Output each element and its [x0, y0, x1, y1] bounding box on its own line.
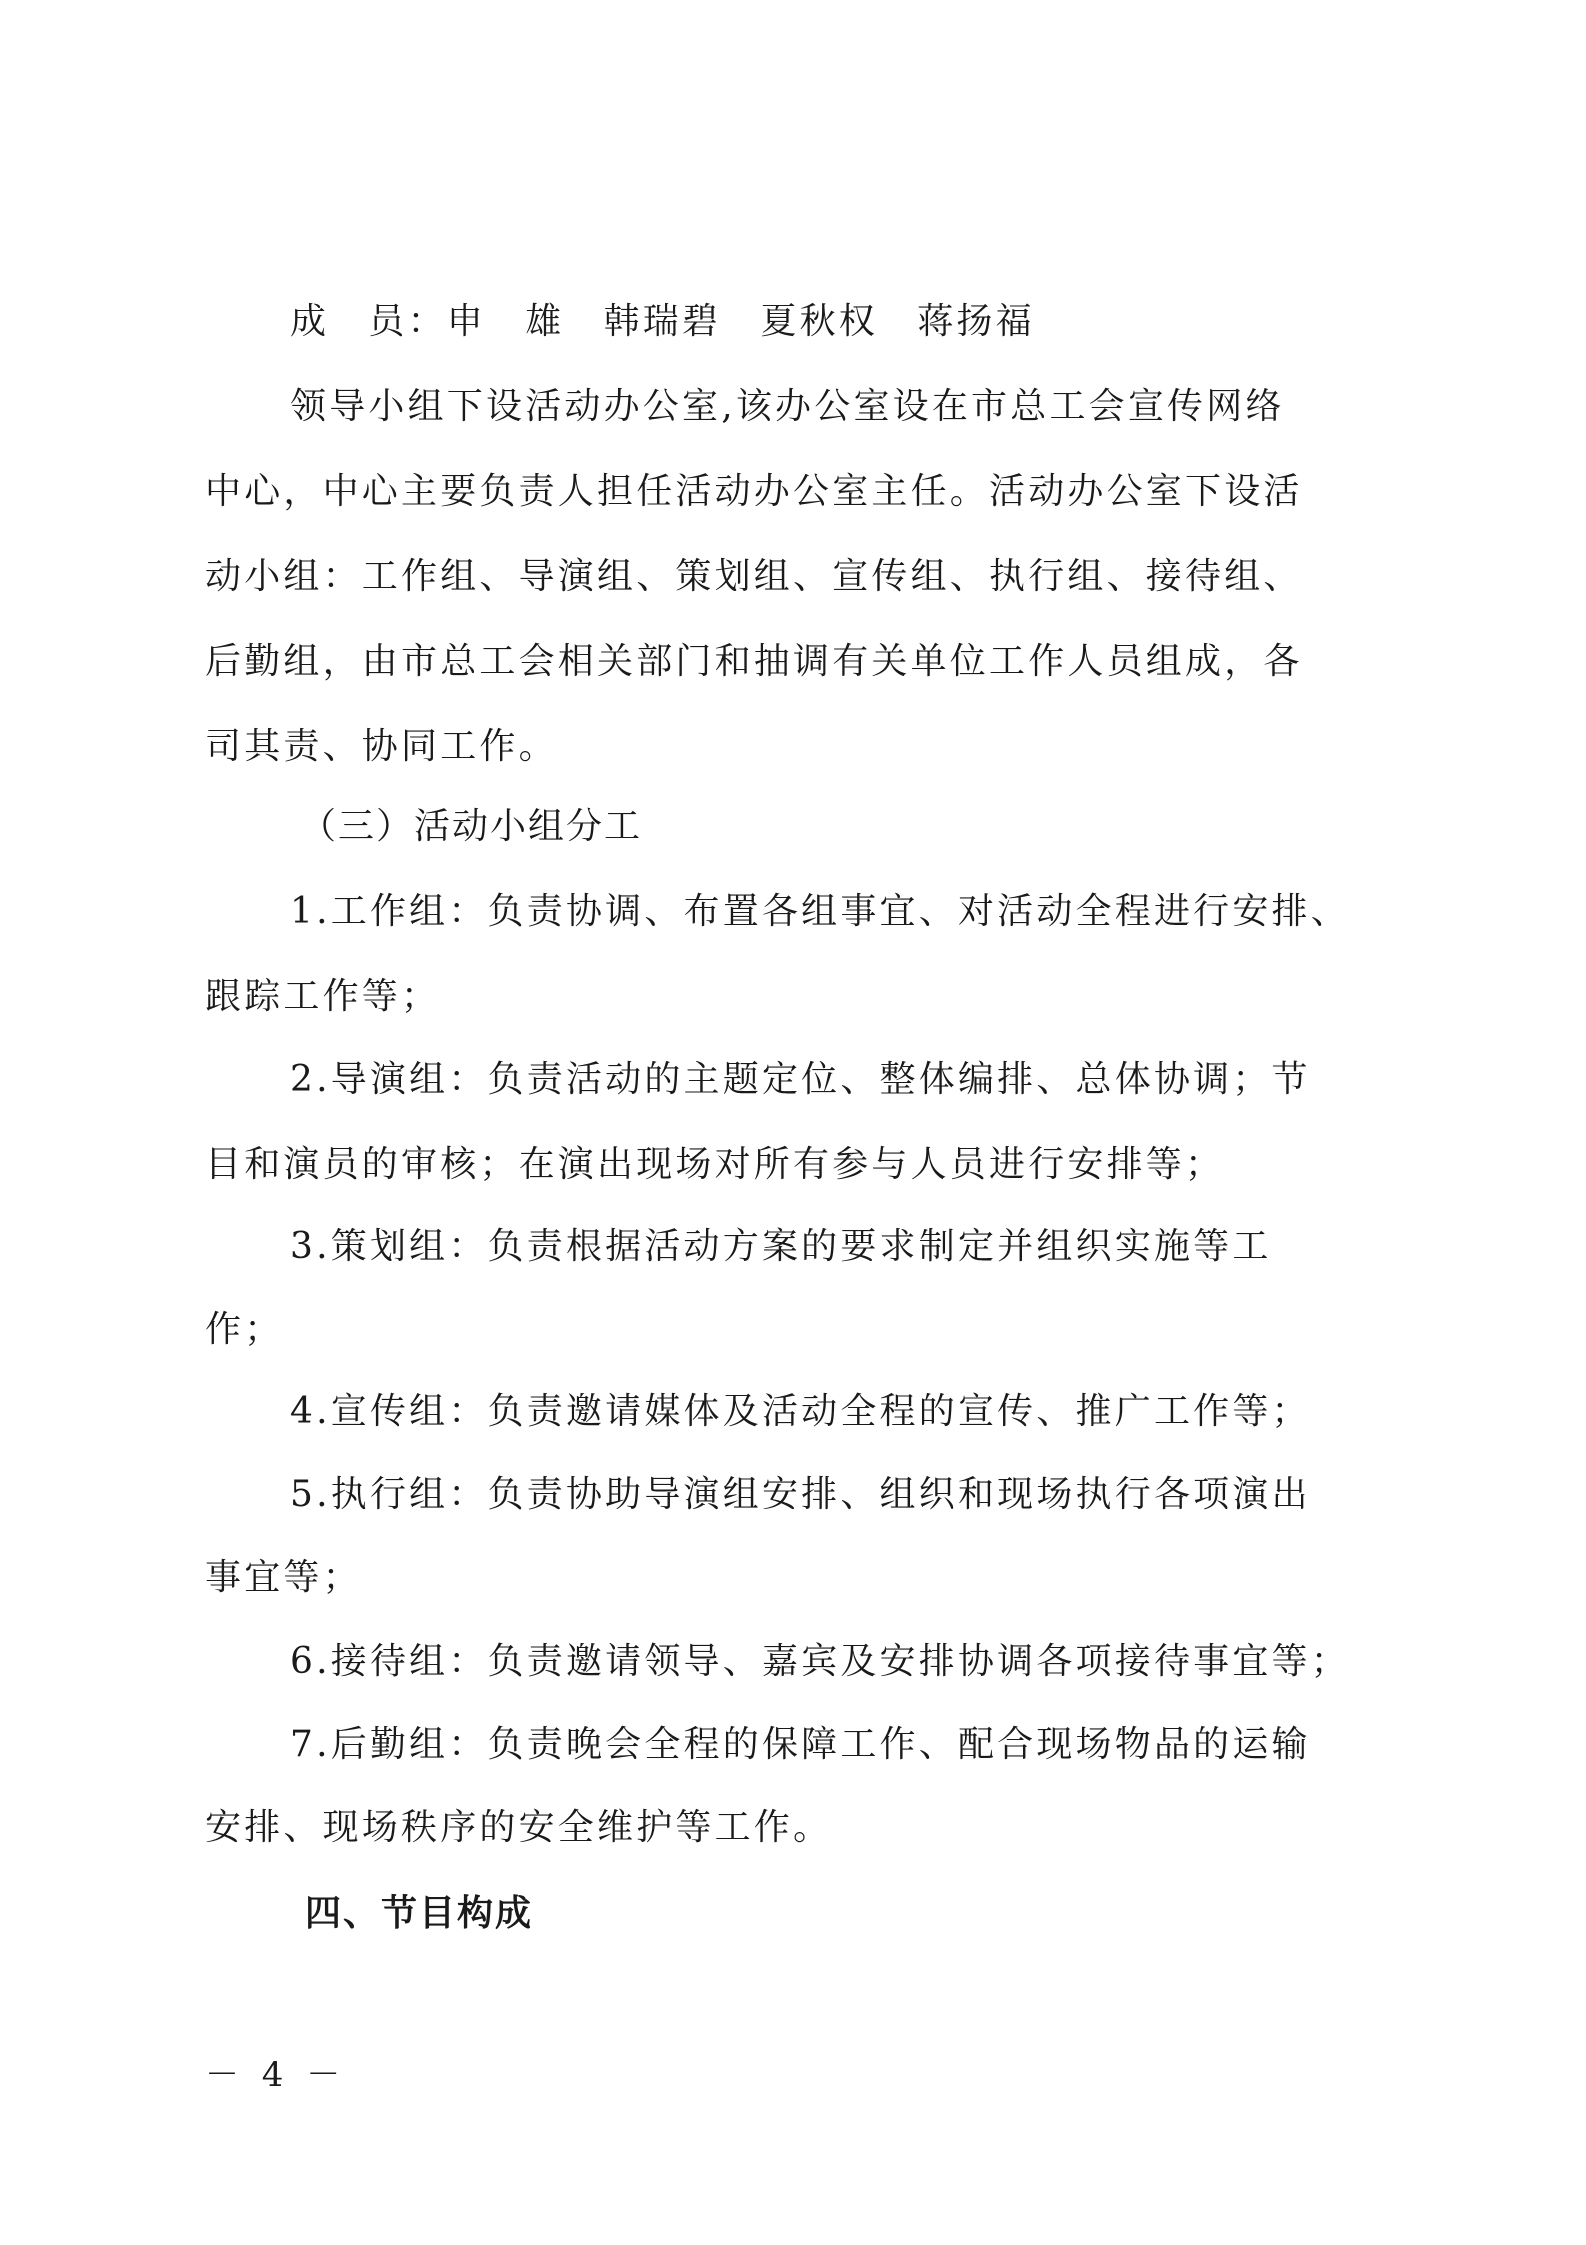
item-7-line: 7.后勤组：负责晚会全程的保障工作、配合现场物品的运输	[290, 1723, 1311, 1767]
section-4-title: 四、节目构成	[305, 1892, 533, 1936]
item-1-line: 跟踪工作等；	[205, 975, 440, 1019]
members-line: 成 员：申 雄 韩瑞碧 夏秋权 蒋扬福	[290, 300, 1035, 344]
item-1-line: 1.工作组：负责协调、布置各组事宜、对活动全程进行安排、	[290, 890, 1350, 934]
paragraph-office-line: 后勤组，由市总工会相关部门和抽调有关单位工作人员组成，各	[205, 640, 1303, 684]
item-3-line: 3.策划组：负责根据活动方案的要求制定并组织实施等工	[290, 1225, 1272, 1269]
section-3-title: （三）活动小组分工	[300, 805, 642, 849]
item-5-line: 事宜等；	[205, 1556, 362, 1600]
item-3-line: 作；	[205, 1308, 283, 1352]
item-2-line: 目和演员的审核；在演出现场对所有参与人员进行安排等；	[205, 1143, 1224, 1187]
page-number: － 4 －	[205, 2055, 346, 2095]
item-7-line: 安排、现场秩序的安全维护等工作。	[205, 1806, 832, 1850]
item-5-line: 5.执行组：负责协助导演组安排、组织和现场执行各项演出	[290, 1473, 1311, 1517]
item-4-line: 4.宣传组：负责邀请媒体及活动全程的宣传、推广工作等；	[290, 1390, 1311, 1434]
item-2-line: 2.导演组：负责活动的主题定位、整体编排、总体协调；节	[290, 1058, 1311, 1102]
document-page: 成 员：申 雄 韩瑞碧 夏秋权 蒋扬福 领导小组下设活动办公室,该办公室设在市总…	[0, 0, 1586, 2245]
paragraph-office-line: 司其责、协同工作。	[205, 725, 558, 769]
paragraph-office-line: 中心，中心主要负责人担任活动办公室主任。活动办公室下设活	[205, 470, 1303, 514]
paragraph-office-line: 动小组：工作组、导演组、策划组、宣传组、执行组、接待组、	[205, 555, 1303, 599]
item-6-line: 6.接待组：负责邀请领导、嘉宾及安排协调各项接待事宜等；	[290, 1640, 1350, 1684]
paragraph-office-line: 领导小组下设活动办公室,该办公室设在市总工会宣传网络	[290, 385, 1285, 429]
